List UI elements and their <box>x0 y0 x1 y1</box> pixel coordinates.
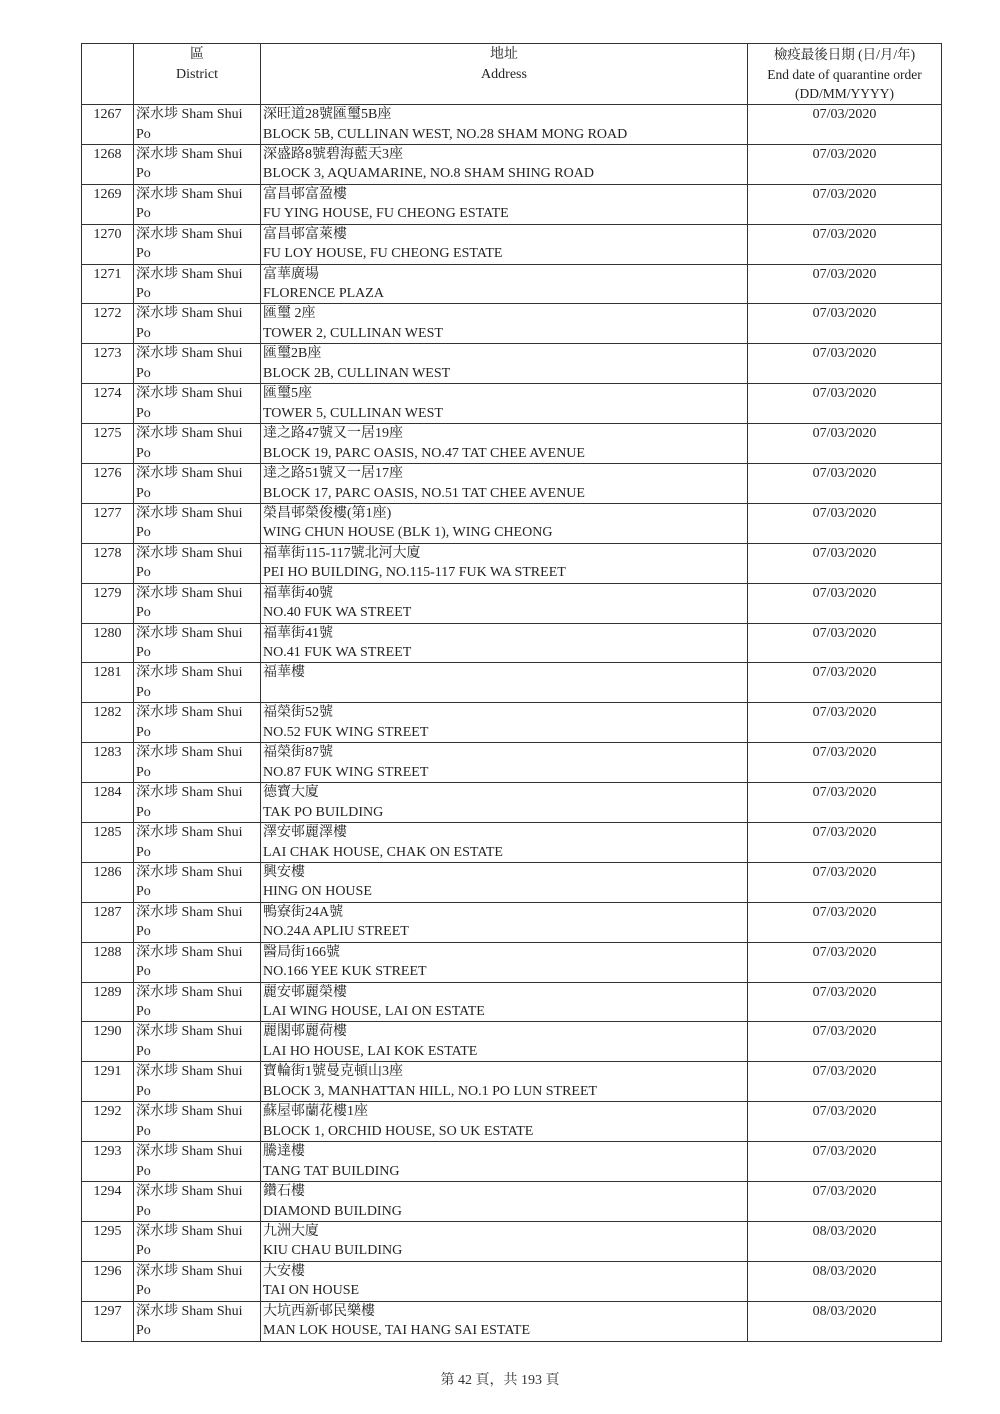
row-district: 深水埗 Sham Shui Po <box>134 544 261 583</box>
address-en: MAN LOK HOUSE, TAI HANG SAI ESTATE <box>263 1321 747 1340</box>
row-number: 1297 <box>82 1302 134 1341</box>
district-line1: 深水埗 Sham Shui <box>136 424 260 444</box>
date: 07/03/2020 <box>813 626 877 641</box>
address-zh: 福華街41號 <box>263 624 747 644</box>
table-row: 1275 深水埗 Sham Shui Po 達之路47號又一居19座 BLOCK… <box>82 423 941 463</box>
date: 08/03/2020 <box>813 1304 877 1319</box>
no: 1291 <box>94 1064 122 1079</box>
address-zh: 富華廣場 <box>263 265 747 285</box>
header-district-zh: 區 <box>134 45 260 65</box>
district-line1: 深水埗 Sham Shui <box>136 1022 260 1042</box>
header-end-date: 檢疫最後日期 (日/月/年) End date of quarantine or… <box>748 44 941 104</box>
row-number: 1292 <box>82 1102 134 1141</box>
district-line2: Po <box>136 763 260 782</box>
district-line1: 深水埗 Sham Shui <box>136 624 260 644</box>
date: 07/03/2020 <box>813 346 877 361</box>
row-address: 福榮街87號 NO.87 FUK WING STREET <box>261 743 748 782</box>
district-line2: Po <box>136 683 260 702</box>
district-line1: 深水埗 Sham Shui <box>136 344 260 364</box>
address-en: BLOCK 1, ORCHID HOUSE, SO UK ESTATE <box>263 1122 747 1141</box>
district-line1: 深水埗 Sham Shui <box>136 225 260 245</box>
row-number: 1282 <box>82 703 134 742</box>
no: 1286 <box>94 865 122 880</box>
table-body: 1267 深水埗 Sham Shui Po 深旺道28號匯璽5B座 BLOCK … <box>82 104 941 1341</box>
address-zh: 福華街115-117號北河大廈 <box>263 544 747 564</box>
row-district: 深水埗 Sham Shui Po <box>134 304 261 343</box>
row-district: 深水埗 Sham Shui Po <box>134 1102 261 1141</box>
address-en: TAK PO BUILDING <box>263 803 747 822</box>
row-address: 福華街40號 NO.40 FUK WA STREET <box>261 584 748 623</box>
row-address: 鴨寮街24A號 NO.24A APLIU STREET <box>261 903 748 942</box>
row-number: 1274 <box>82 384 134 423</box>
district-line1: 深水埗 Sham Shui <box>136 1182 260 1202</box>
date: 07/03/2020 <box>813 386 877 401</box>
address-zh: 福華樓 <box>263 663 747 683</box>
no: 1278 <box>94 546 122 561</box>
table-row: 1278 深水埗 Sham Shui Po 福華街115-117號北河大廈 PE… <box>82 543 941 583</box>
table-row: 1292 深水埗 Sham Shui Po 蘇屋邨蘭花樓1座 BLOCK 1, … <box>82 1101 941 1141</box>
district-line1: 深水埗 Sham Shui <box>136 265 260 285</box>
row-district: 深水埗 Sham Shui Po <box>134 943 261 982</box>
date: 07/03/2020 <box>813 426 877 441</box>
district-line2: Po <box>136 1082 260 1101</box>
row-end-date: 07/03/2020 <box>748 584 941 623</box>
row-end-date: 07/03/2020 <box>748 1022 941 1061</box>
district-line2: Po <box>136 125 260 144</box>
row-end-date: 07/03/2020 <box>748 384 941 423</box>
address-en: DIAMOND BUILDING <box>263 1202 747 1221</box>
district-line2: Po <box>136 364 260 383</box>
date: 07/03/2020 <box>813 825 877 840</box>
row-number: 1288 <box>82 943 134 982</box>
district-line1: 深水埗 Sham Shui <box>136 1262 260 1282</box>
district-line2: Po <box>136 1042 260 1061</box>
table-row: 1269 深水埗 Sham Shui Po 富昌邨富盈樓 FU YING HOU… <box>82 184 941 224</box>
date: 07/03/2020 <box>813 506 877 521</box>
district-line1: 深水埗 Sham Shui <box>136 943 260 963</box>
district-line1: 深水埗 Sham Shui <box>136 304 260 324</box>
no: 1274 <box>94 386 122 401</box>
date: 07/03/2020 <box>813 945 877 960</box>
address-en: BLOCK 19, PARC OASIS, NO.47 TAT CHEE AVE… <box>263 444 747 463</box>
address-zh: 大坑西新邨民樂樓 <box>263 1302 747 1322</box>
table-row: 1272 深水埗 Sham Shui Po 匯璽 2座 TOWER 2, CUL… <box>82 303 941 343</box>
row-end-date: 07/03/2020 <box>748 344 941 383</box>
district-line2: Po <box>136 164 260 183</box>
table-row: 1282 深水埗 Sham Shui Po 福榮街52號 NO.52 FUK W… <box>82 702 941 742</box>
row-address: 深旺道28號匯璽5B座 BLOCK 5B, CULLINAN WEST, NO.… <box>261 105 748 144</box>
no: 1275 <box>94 426 122 441</box>
date: 07/03/2020 <box>813 665 877 680</box>
row-district: 深水埗 Sham Shui Po <box>134 464 261 503</box>
row-address: 麗閣邨麗荷樓 LAI HO HOUSE, LAI KOK ESTATE <box>261 1022 748 1061</box>
district-line1: 深水埗 Sham Shui <box>136 1142 260 1162</box>
row-number: 1270 <box>82 225 134 264</box>
address-en: FU YING HOUSE, FU CHEONG ESTATE <box>263 204 747 223</box>
table-row: 1290 深水埗 Sham Shui Po 麗閣邨麗荷樓 LAI HO HOUS… <box>82 1021 941 1061</box>
row-district: 深水埗 Sham Shui Po <box>134 1222 261 1261</box>
address-zh: 達之路51號又一居17座 <box>263 464 747 484</box>
row-number: 1285 <box>82 823 134 862</box>
row-number: 1267 <box>82 105 134 144</box>
quarantine-address-table: 區 District 地址 Address 檢疫最後日期 (日/月/年) End… <box>81 43 942 1342</box>
district-line2: Po <box>136 962 260 981</box>
district-line1: 深水埗 Sham Shui <box>136 663 260 683</box>
table-row: 1276 深水埗 Sham Shui Po 達之路51號又一居17座 BLOCK… <box>82 463 941 503</box>
table-row: 1293 深水埗 Sham Shui Po 騰達樓 TANG TAT BUILD… <box>82 1141 941 1181</box>
page-number: 第 42 頁，共 193 頁 <box>0 1369 1000 1389</box>
no: 1284 <box>94 785 122 800</box>
date: 07/03/2020 <box>813 546 877 561</box>
address-en: NO.40 FUK WA STREET <box>263 603 747 622</box>
address-zh: 榮昌邨榮俊樓(第1座) <box>263 504 747 524</box>
header-number <box>82 44 134 104</box>
row-end-date: 07/03/2020 <box>748 903 941 942</box>
row-district: 深水埗 Sham Shui Po <box>134 1062 261 1101</box>
row-district: 深水埗 Sham Shui Po <box>134 1302 261 1341</box>
row-number: 1279 <box>82 584 134 623</box>
row-district: 深水埗 Sham Shui Po <box>134 424 261 463</box>
row-address: 醫局街166號 NO.166 YEE KUK STREET <box>261 943 748 982</box>
row-district: 深水埗 Sham Shui Po <box>134 1142 261 1181</box>
address-en: FLORENCE PLAZA <box>263 284 747 303</box>
row-number: 1291 <box>82 1062 134 1101</box>
row-number: 1271 <box>82 265 134 304</box>
row-end-date: 07/03/2020 <box>748 823 941 862</box>
district-line1: 深水埗 Sham Shui <box>136 983 260 1003</box>
row-number: 1280 <box>82 624 134 663</box>
row-end-date: 07/03/2020 <box>748 105 941 144</box>
header-address-en: Address <box>261 65 747 85</box>
district-line2: Po <box>136 523 260 542</box>
date: 07/03/2020 <box>813 785 877 800</box>
table-row: 1267 深水埗 Sham Shui Po 深旺道28號匯璽5B座 BLOCK … <box>82 104 941 144</box>
row-number: 1286 <box>82 863 134 902</box>
address-en: NO.87 FUK WING STREET <box>263 763 747 782</box>
row-district: 深水埗 Sham Shui Po <box>134 703 261 742</box>
address-en: TAI ON HOUSE <box>263 1281 747 1300</box>
no: 1288 <box>94 945 122 960</box>
address-zh: 深盛路8號碧海藍天3座 <box>263 145 747 165</box>
no: 1295 <box>94 1224 122 1239</box>
address-zh: 麗安邨麗榮樓 <box>263 983 747 1003</box>
row-district: 深水埗 Sham Shui Po <box>134 1022 261 1061</box>
header-district-en: District <box>134 65 260 85</box>
row-number: 1277 <box>82 504 134 543</box>
address-en: LAI CHAK HOUSE, CHAK ON ESTATE <box>263 843 747 862</box>
address-en: NO.52 FUK WING STREET <box>263 723 747 742</box>
row-address: 大坑西新邨民樂樓 MAN LOK HOUSE, TAI HANG SAI EST… <box>261 1302 748 1341</box>
row-end-date: 07/03/2020 <box>748 504 941 543</box>
row-end-date: 07/03/2020 <box>748 1102 941 1141</box>
table-row: 1291 深水埗 Sham Shui Po 寶輪街1號曼克頓山3座 BLOCK … <box>82 1061 941 1101</box>
no: 1270 <box>94 227 122 242</box>
district-line1: 深水埗 Sham Shui <box>136 544 260 564</box>
row-district: 深水埗 Sham Shui Po <box>134 105 261 144</box>
row-end-date: 07/03/2020 <box>748 464 941 503</box>
row-address: 福華街115-117號北河大廈 PEI HO BUILDING, NO.115-… <box>261 544 748 583</box>
row-number: 1281 <box>82 663 134 702</box>
address-zh: 福榮街52號 <box>263 703 747 723</box>
district-line2: Po <box>136 1202 260 1221</box>
district-line1: 深水埗 Sham Shui <box>136 145 260 165</box>
row-district: 深水埗 Sham Shui Po <box>134 145 261 184</box>
district-line2: Po <box>136 1241 260 1260</box>
district-line2: Po <box>136 1321 260 1340</box>
address-en: TANG TAT BUILDING <box>263 1162 747 1181</box>
table-row: 1268 深水埗 Sham Shui Po 深盛路8號碧海藍天3座 BLOCK … <box>82 144 941 184</box>
date: 08/03/2020 <box>813 1264 877 1279</box>
date: 07/03/2020 <box>813 1024 877 1039</box>
address-zh: 匯璽2B座 <box>263 344 747 364</box>
row-number: 1293 <box>82 1142 134 1181</box>
row-address: 大安樓 TAI ON HOUSE <box>261 1262 748 1301</box>
date: 07/03/2020 <box>813 107 877 122</box>
row-number: 1273 <box>82 344 134 383</box>
district-line1: 深水埗 Sham Shui <box>136 1222 260 1242</box>
address-en: FU LOY HOUSE, FU CHEONG ESTATE <box>263 244 747 263</box>
district-line2: Po <box>136 803 260 822</box>
date: 07/03/2020 <box>813 586 877 601</box>
address-zh: 達之路47號又一居19座 <box>263 424 747 444</box>
table-row: 1274 深水埗 Sham Shui Po 匯璽5座 TOWER 5, CULL… <box>82 383 941 423</box>
row-address: 福華街41號 NO.41 FUK WA STREET <box>261 624 748 663</box>
no: 1269 <box>94 187 122 202</box>
row-end-date: 07/03/2020 <box>748 743 941 782</box>
header-address: 地址 Address <box>261 44 748 104</box>
address-zh: 騰達樓 <box>263 1142 747 1162</box>
row-number: 1283 <box>82 743 134 782</box>
address-en: HING ON HOUSE <box>263 882 747 901</box>
row-end-date: 07/03/2020 <box>748 624 941 663</box>
row-number: 1269 <box>82 185 134 224</box>
row-end-date: 07/03/2020 <box>748 1062 941 1101</box>
date: 07/03/2020 <box>813 705 877 720</box>
row-address: 深盛路8號碧海藍天3座 BLOCK 3, AQUAMARINE, NO.8 SH… <box>261 145 748 184</box>
table-row: 1295 深水埗 Sham Shui Po 九洲大廈 KIU CHAU BUIL… <box>82 1221 941 1261</box>
row-end-date: 07/03/2020 <box>748 783 941 822</box>
date: 08/03/2020 <box>813 1224 877 1239</box>
row-district: 深水埗 Sham Shui Po <box>134 1262 261 1301</box>
address-en: TOWER 5, CULLINAN WEST <box>263 404 747 423</box>
row-end-date: 07/03/2020 <box>748 1142 941 1181</box>
address-zh: 興安樓 <box>263 863 747 883</box>
date: 07/03/2020 <box>813 147 877 162</box>
row-district: 深水埗 Sham Shui Po <box>134 1182 261 1221</box>
table-row: 1296 深水埗 Sham Shui Po 大安樓 TAI ON HOUSE 0… <box>82 1261 941 1301</box>
row-number: 1278 <box>82 544 134 583</box>
table-row: 1285 深水埗 Sham Shui Po 澤安邨麗澤樓 LAI CHAK HO… <box>82 822 941 862</box>
address-en: PEI HO BUILDING, NO.115-117 FUK WA STREE… <box>263 563 747 582</box>
row-end-date: 07/03/2020 <box>748 703 941 742</box>
row-end-date: 08/03/2020 <box>748 1262 941 1301</box>
address-en: NO.166 YEE KUK STREET <box>263 962 747 981</box>
row-number: 1276 <box>82 464 134 503</box>
district-line2: Po <box>136 244 260 263</box>
district-line1: 深水埗 Sham Shui <box>136 384 260 404</box>
district-line2: Po <box>136 843 260 862</box>
date: 07/03/2020 <box>813 267 877 282</box>
address-en: KIU CHAU BUILDING <box>263 1241 747 1260</box>
row-district: 深水埗 Sham Shui Po <box>134 185 261 224</box>
row-address: 達之路51號又一居17座 BLOCK 17, PARC OASIS, NO.51… <box>261 464 748 503</box>
no: 1283 <box>94 745 122 760</box>
table-row: 1270 深水埗 Sham Shui Po 富昌邨富萊樓 FU LOY HOUS… <box>82 224 941 264</box>
row-address: 福華樓 <box>261 663 748 702</box>
row-address: 寶輪街1號曼克頓山3座 BLOCK 3, MANHATTAN HILL, NO.… <box>261 1062 748 1101</box>
row-number: 1294 <box>82 1182 134 1221</box>
address-en: TOWER 2, CULLINAN WEST <box>263 324 747 343</box>
date: 07/03/2020 <box>813 1184 877 1199</box>
row-district: 深水埗 Sham Shui Po <box>134 743 261 782</box>
no: 1292 <box>94 1104 122 1119</box>
no: 1294 <box>94 1184 122 1199</box>
address-zh: 大安樓 <box>263 1262 747 1282</box>
date: 07/03/2020 <box>813 865 877 880</box>
address-en: NO.41 FUK WA STREET <box>263 643 747 662</box>
table-row: 1271 深水埗 Sham Shui Po 富華廣場 FLORENCE PLAZ… <box>82 264 941 304</box>
row-end-date: 07/03/2020 <box>748 863 941 902</box>
address-en: LAI WING HOUSE, LAI ON ESTATE <box>263 1002 747 1021</box>
no: 1271 <box>94 267 122 282</box>
address-zh: 匯璽5座 <box>263 384 747 404</box>
row-address: 福榮街52號 NO.52 FUK WING STREET <box>261 703 748 742</box>
table-row: 1287 深水埗 Sham Shui Po 鴨寮街24A號 NO.24A APL… <box>82 902 941 942</box>
row-end-date: 07/03/2020 <box>748 544 941 583</box>
address-zh: 醫局街166號 <box>263 943 747 963</box>
no: 1282 <box>94 705 122 720</box>
row-number: 1296 <box>82 1262 134 1301</box>
no: 1273 <box>94 346 122 361</box>
address-zh: 深旺道28號匯璽5B座 <box>263 105 747 125</box>
row-address: 騰達樓 TANG TAT BUILDING <box>261 1142 748 1181</box>
date: 07/03/2020 <box>813 985 877 1000</box>
address-en: WING CHUN HOUSE (BLK 1), WING CHEONG <box>263 523 747 542</box>
district-line2: Po <box>136 603 260 622</box>
table-row: 1297 深水埗 Sham Shui Po 大坑西新邨民樂樓 MAN LOK H… <box>82 1301 941 1341</box>
no: 1272 <box>94 306 122 321</box>
address-zh: 麗閣邨麗荷樓 <box>263 1022 747 1042</box>
row-district: 深水埗 Sham Shui Po <box>134 225 261 264</box>
district-line2: Po <box>136 204 260 223</box>
address-zh: 匯璽 2座 <box>263 304 747 324</box>
address-en: BLOCK 17, PARC OASIS, NO.51 TAT CHEE AVE… <box>263 484 747 503</box>
row-district: 深水埗 Sham Shui Po <box>134 983 261 1022</box>
district-line2: Po <box>136 922 260 941</box>
no: 1290 <box>94 1024 122 1039</box>
row-district: 深水埗 Sham Shui Po <box>134 265 261 304</box>
table-row: 1286 深水埗 Sham Shui Po 興安樓 HING ON HOUSE … <box>82 862 941 902</box>
table-row: 1277 深水埗 Sham Shui Po 榮昌邨榮俊樓(第1座) WING C… <box>82 503 941 543</box>
address-zh: 蘇屋邨蘭花樓1座 <box>263 1102 747 1122</box>
table-row: 1273 深水埗 Sham Shui Po 匯璽2B座 BLOCK 2B, CU… <box>82 343 941 383</box>
district-line2: Po <box>136 1281 260 1300</box>
district-line1: 深水埗 Sham Shui <box>136 464 260 484</box>
row-address: 匯璽 2座 TOWER 2, CULLINAN WEST <box>261 304 748 343</box>
address-zh: 德寶大廈 <box>263 783 747 803</box>
no: 1277 <box>94 506 122 521</box>
district-line1: 深水埗 Sham Shui <box>136 783 260 803</box>
no: 1280 <box>94 626 122 641</box>
table-row: 1281 深水埗 Sham Shui Po 福華樓 07/03/2020 <box>82 662 941 702</box>
no: 1285 <box>94 825 122 840</box>
date: 07/03/2020 <box>813 1104 877 1119</box>
no: 1293 <box>94 1144 122 1159</box>
row-district: 深水埗 Sham Shui Po <box>134 344 261 383</box>
date: 07/03/2020 <box>813 905 877 920</box>
no: 1297 <box>94 1304 122 1319</box>
district-line1: 深水埗 Sham Shui <box>136 823 260 843</box>
row-end-date: 07/03/2020 <box>748 304 941 343</box>
table-row: 1289 深水埗 Sham Shui Po 麗安邨麗榮樓 LAI WING HO… <box>82 982 941 1022</box>
address-zh: 寶輪街1號曼克頓山3座 <box>263 1062 747 1082</box>
row-number: 1272 <box>82 304 134 343</box>
row-district: 深水埗 Sham Shui Po <box>134 863 261 902</box>
district-line1: 深水埗 Sham Shui <box>136 743 260 763</box>
no: 1296 <box>94 1264 122 1279</box>
address-zh: 澤安邨麗澤樓 <box>263 823 747 843</box>
header-date-en: End date of quarantine order <box>748 65 941 85</box>
row-end-date: 07/03/2020 <box>748 663 941 702</box>
table-row: 1280 深水埗 Sham Shui Po 福華街41號 NO.41 FUK W… <box>82 623 941 663</box>
date: 07/03/2020 <box>813 745 877 760</box>
header-district: 區 District <box>134 44 261 104</box>
row-address: 富華廣場 FLORENCE PLAZA <box>261 265 748 304</box>
no: 1287 <box>94 905 122 920</box>
address-zh: 九洲大廈 <box>263 1222 747 1242</box>
row-address: 富昌邨富萊樓 FU LOY HOUSE, FU CHEONG ESTATE <box>261 225 748 264</box>
row-number: 1284 <box>82 783 134 822</box>
row-number: 1275 <box>82 424 134 463</box>
district-line2: Po <box>136 723 260 742</box>
district-line1: 深水埗 Sham Shui <box>136 1062 260 1082</box>
district-line1: 深水埗 Sham Shui <box>136 105 260 125</box>
address-en: BLOCK 3, MANHATTAN HILL, NO.1 PO LUN STR… <box>263 1082 747 1101</box>
address-zh: 富昌邨富盈樓 <box>263 185 747 205</box>
district-line2: Po <box>136 643 260 662</box>
row-number: 1289 <box>82 983 134 1022</box>
row-end-date: 08/03/2020 <box>748 1222 941 1261</box>
row-number: 1268 <box>82 145 134 184</box>
header-address-zh: 地址 <box>261 45 747 65</box>
row-address: 澤安邨麗澤樓 LAI CHAK HOUSE, CHAK ON ESTATE <box>261 823 748 862</box>
date: 07/03/2020 <box>813 1144 877 1159</box>
district-line2: Po <box>136 404 260 423</box>
address-en: BLOCK 5B, CULLINAN WEST, NO.28 SHAM MONG… <box>263 125 747 144</box>
address-zh: 鴨寮街24A號 <box>263 903 747 923</box>
district-line1: 深水埗 Sham Shui <box>136 903 260 923</box>
no: 1267 <box>94 107 122 122</box>
row-address: 麗安邨麗榮樓 LAI WING HOUSE, LAI ON ESTATE <box>261 983 748 1022</box>
district-line1: 深水埗 Sham Shui <box>136 1302 260 1322</box>
no: 1281 <box>94 665 122 680</box>
row-end-date: 07/03/2020 <box>748 943 941 982</box>
address-zh: 福榮街87號 <box>263 743 747 763</box>
address-zh: 福華街40號 <box>263 584 747 604</box>
row-address: 鑽石樓 DIAMOND BUILDING <box>261 1182 748 1221</box>
table-row: 1284 深水埗 Sham Shui Po 德寶大廈 TAK PO BUILDI… <box>82 782 941 822</box>
no: 1268 <box>94 147 122 162</box>
date: 07/03/2020 <box>813 466 877 481</box>
row-district: 深水埗 Sham Shui Po <box>134 663 261 702</box>
row-district: 深水埗 Sham Shui Po <box>134 903 261 942</box>
row-address: 興安樓 HING ON HOUSE <box>261 863 748 902</box>
no: 1289 <box>94 985 122 1000</box>
district-line2: Po <box>136 1122 260 1141</box>
address-en: NO.24A APLIU STREET <box>263 922 747 941</box>
district-line2: Po <box>136 1162 260 1181</box>
district-line2: Po <box>136 444 260 463</box>
